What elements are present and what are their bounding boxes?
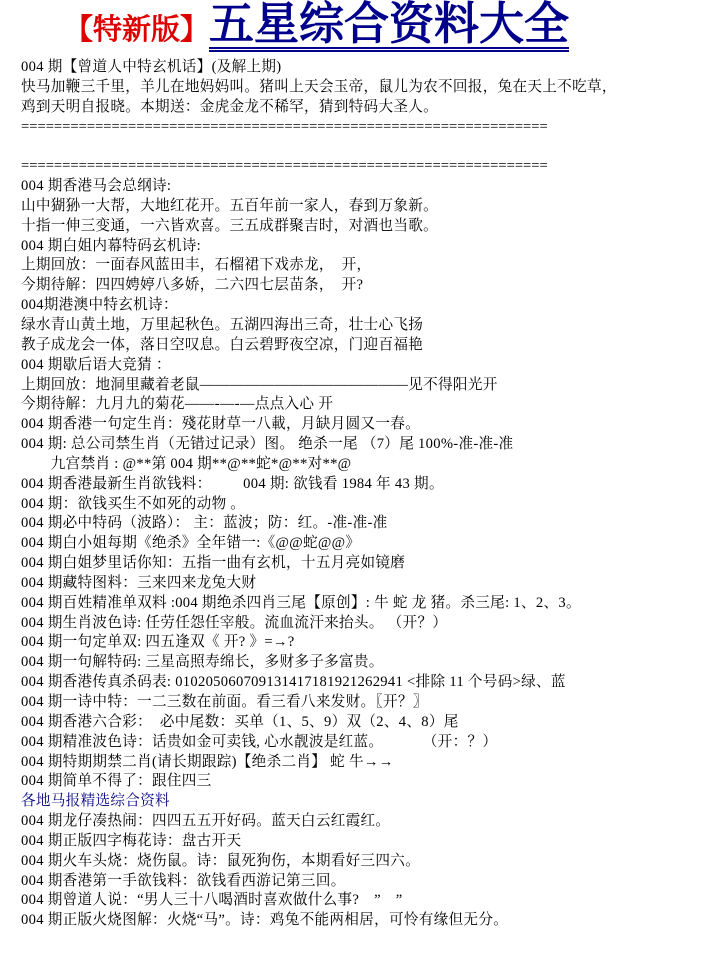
text-line: 004 期白小姐每期《绝杀》全年错一:《@@蛇@@》 <box>21 534 694 554</box>
separator-line: ========================================… <box>21 118 694 138</box>
text-line: 今期待解：四四娉婷八多娇，二六四七层苗条， 开? <box>21 276 694 296</box>
text-line: 004 期【曾道人中特玄机话】(及解上期) <box>21 58 694 78</box>
text-line: 今期待解：九月九的菊花——-—-—点点入心 开 <box>21 395 694 415</box>
text-line: 上期回放：地洞里藏着老鼠——————————————见不得阳光开 <box>21 376 694 396</box>
text-line: 004 期生肖波色诗: 任劳任怨任宰般。流血流汗来抬头。 （开？） <box>21 614 694 634</box>
text-line: 004 期正版火烧图解：火烧“马”。诗：鸡兔不能两相居，可怜有缘但无分。 <box>21 911 694 931</box>
text-line: 十指一伸三变通，一六皆欢喜。三五成群聚吉时，对酒也当歌。 <box>21 217 694 237</box>
text-line: 上期回放：一面春风蓝田丰，石榴裙下戏赤龙， 开， <box>21 256 694 276</box>
text-line: 004 期一句解特码: 三星高照寿绵长，多财多子多富贵。 <box>21 653 694 673</box>
separator-line: ========================================… <box>21 157 694 177</box>
text-line: 004 期百姓精准单双料 :004 期绝杀四肖三尾【原创】: 牛 蛇 龙 猪。杀… <box>21 594 694 614</box>
text-line: 各地马报精选综合资料 <box>21 792 694 812</box>
text-line: 004 期必中特码（波路）： 主：蓝波；防：红。-准-准-准 <box>21 514 694 534</box>
text-line: 004 期精准波色诗：话贵如金可卖钱, 心水靓波是红蓝。 （开：？） <box>21 733 694 753</box>
text-line: 快马加鞭三千里，羊儿在地妈妈叫。猪叫上天会玉帝，鼠儿为农不回报，兔在天上不吃草， <box>21 78 694 98</box>
text-line: 004 期香港马会总纲诗: <box>21 177 694 197</box>
text-line: 004 期歇后语大竞猜 ： <box>21 356 694 376</box>
text-line: 004 期正版四字梅花诗：盘古开天 <box>21 832 694 852</box>
text-line: 山中猢狲一大帮，大地红花开。五百年前一家人，春到万象新。 <box>21 197 694 217</box>
header: 【特新版】 五星综合资料大全 <box>0 0 702 58</box>
text-line <box>21 137 694 157</box>
text-line: 004期港澳中特玄机诗： <box>21 296 694 316</box>
text-line: 004 期白姐梦里话你知：五指一曲有玄机，十五月亮如镜磨 <box>21 554 694 574</box>
text-line: 教子成龙会一体，落日空叹息。白云碧野夜空凉，门迎百福艳 <box>21 336 694 356</box>
text-line: 004 期一句定单双: 四五逢双《 开? 》=→? <box>21 633 694 653</box>
text-line: 绿水青山黄土地，万里起秋色。五湖四海出三奇，壮士心飞扬 <box>21 316 694 336</box>
text-line: 004 期: 总公司禁生肖（无错过记录）图。 绝杀一尾 （7）尾 100%-准-… <box>21 435 694 455</box>
text-line: 004 期火车头烧：烧伤鼠。诗：鼠死狗伤，本期看好三四六。 <box>21 852 694 872</box>
text-line: 004 期简单不得了：跟住四三 <box>21 772 694 792</box>
text-line: 004 期白姐内幕特码玄机诗: <box>21 237 694 257</box>
text-line: 004 期香港一句定生肖：殘花財草一八載，月缺月圆又一春。 <box>21 415 694 435</box>
text-line: 004 期香港六合彩： 必中尾数：买单（1、5、9）双（2、4、8）尾 <box>21 713 694 733</box>
text-line: 004 期：欲钱买生不如死的动物 。 <box>21 495 694 515</box>
text-line: 004 期一诗中特：一二三数在前面。看三看八来发财。〖开？〗 <box>21 693 694 713</box>
text-line: 004 期香港传真杀码表: 01020506070913141718192126… <box>21 673 694 693</box>
text-line: 004 期特期期禁二肖(请长期跟踪)【绝杀二肖】 蛇 牛→→ <box>21 753 694 773</box>
page: 【特新版】 五星综合资料大全 004 期【曾道人中特玄机话】(及解上期)快马加鞭… <box>0 0 702 957</box>
text-line: 004 期藏特图料：三来四来龙兔大财 <box>21 574 694 594</box>
text-line: 004 期香港最新生肖欲钱料： 004 期: 欲钱看 1984 年 43 期。 <box>21 475 694 495</box>
text-line: 004 期曾道人说：“男人三十八喝酒时喜欢做什么事? ” ” <box>21 891 694 911</box>
content: 004 期【曾道人中特玄机话】(及解上期)快马加鞭三千里，羊儿在地妈妈叫。猪叫上… <box>0 58 702 931</box>
text-line: 004 期龙仔凑热闹：四四五五开好码。蓝天白云红霞红。 <box>21 812 694 832</box>
text-line: 鸡到天明自报晓。本期送：金虎金龙不稀罕，猜到特码大圣人。 <box>21 98 694 118</box>
text-line: 九宫禁肖 : @**第 004 期**@**蛇*@**对**@ <box>21 455 694 475</box>
page-title[interactable]: 五星综合资料大全 <box>209 2 569 52</box>
text-line: 004 期香港第一手欲钱料：欲钱看西游记第三回。 <box>21 872 694 892</box>
edition-tag: 【特新版】 <box>64 7 209 48</box>
